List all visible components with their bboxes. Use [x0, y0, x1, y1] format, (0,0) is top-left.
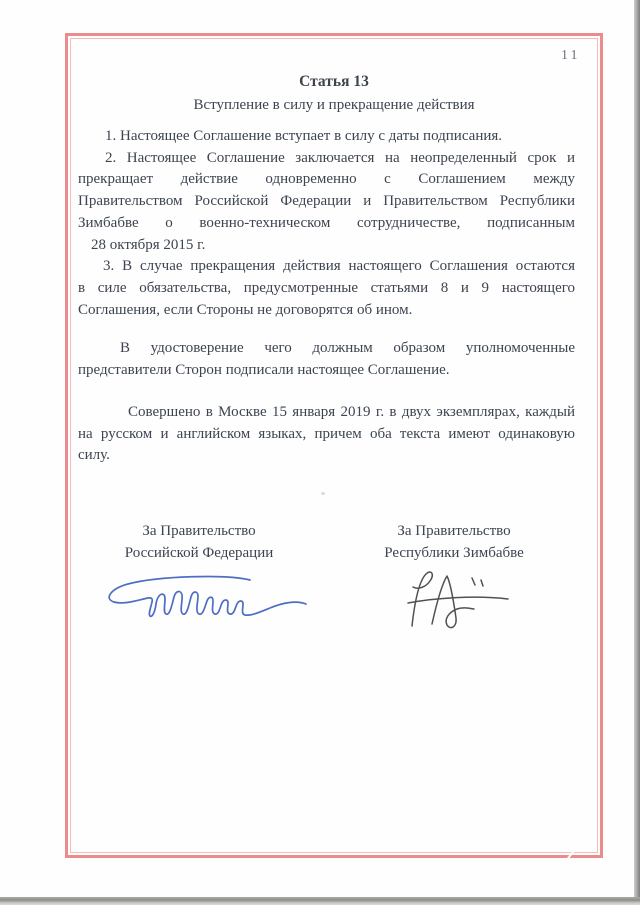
article-body: 1. Настоящее Соглашение вступает в силу … [78, 126, 575, 321]
text-line: прекращает действие одновременно с Согла… [78, 169, 575, 191]
signature-zimbabwe-ink [400, 564, 512, 634]
paragraph-2: 2. Настоящее Соглашение заключается на н… [78, 148, 575, 257]
scan-paper-edge-right [634, 0, 640, 899]
text-line: В удостоверение чего должным образом упо… [78, 338, 575, 360]
scan-paper-edge-bottom [0, 897, 640, 905]
text-line: 28 октября 2015 г. [78, 235, 575, 257]
scanned-document-page: 11 Статья 13 Вступление в силу и прекращ… [0, 0, 640, 905]
paragraph-1: 1. Настоящее Соглашение вступает в силу … [78, 126, 575, 148]
signatory-label-russia-line2: Российской Федерации [110, 542, 288, 564]
paragraph-3: 3. В случае прекращения действия настоящ… [78, 256, 575, 321]
text-line: силу. [78, 445, 575, 467]
text-line: Совершено в Москве 15 января 2019 г. в д… [78, 402, 575, 424]
signatory-label-zimbabwe-line1: За Правительство [363, 520, 545, 542]
text-line: 2. Настоящее Соглашение заключается на н… [78, 148, 575, 170]
signatory-label-russia: За Правительство Российской Федерации [110, 520, 288, 564]
signature-russia-ink [98, 572, 310, 624]
text-line: Правительством Российской Федерации и Пр… [78, 191, 575, 213]
page-number: 11 [561, 48, 580, 64]
signatory-label-zimbabwe-line2: Республики Зимбабве [363, 542, 545, 564]
text-line: 1. Настоящее Соглашение вступает в силу … [78, 126, 575, 148]
article-title: Статья 13 [78, 71, 590, 93]
article-heading: Статья 13 Вступление в силу и прекращени… [78, 71, 590, 116]
text-line: на русском и английском языках, причем о… [78, 424, 575, 446]
article-subtitle: Вступление в силу и прекращение действия [78, 94, 590, 116]
text-line: представители Сторон подписали настоящее… [78, 360, 575, 382]
signatory-label-russia-line1: За Правительство [110, 520, 288, 542]
text-line: Зимбабве о военно-техническом сотрудниче… [78, 213, 575, 235]
conclusion-paragraph: Совершено в Москве 15 января 2019 г. в д… [78, 402, 575, 467]
text-line: Соглашения, если Стороны не договорятся … [78, 300, 575, 322]
text-line: 3. В случае прекращения действия настоящ… [78, 256, 575, 278]
scan-speck [321, 492, 325, 495]
text-line: в силе обязательства, предусмотренные ст… [78, 278, 575, 300]
signatory-label-zimbabwe: За Правительство Республики Зимбабве [363, 520, 545, 564]
attestation-paragraph: В удостоверение чего должным образом упо… [78, 338, 575, 381]
